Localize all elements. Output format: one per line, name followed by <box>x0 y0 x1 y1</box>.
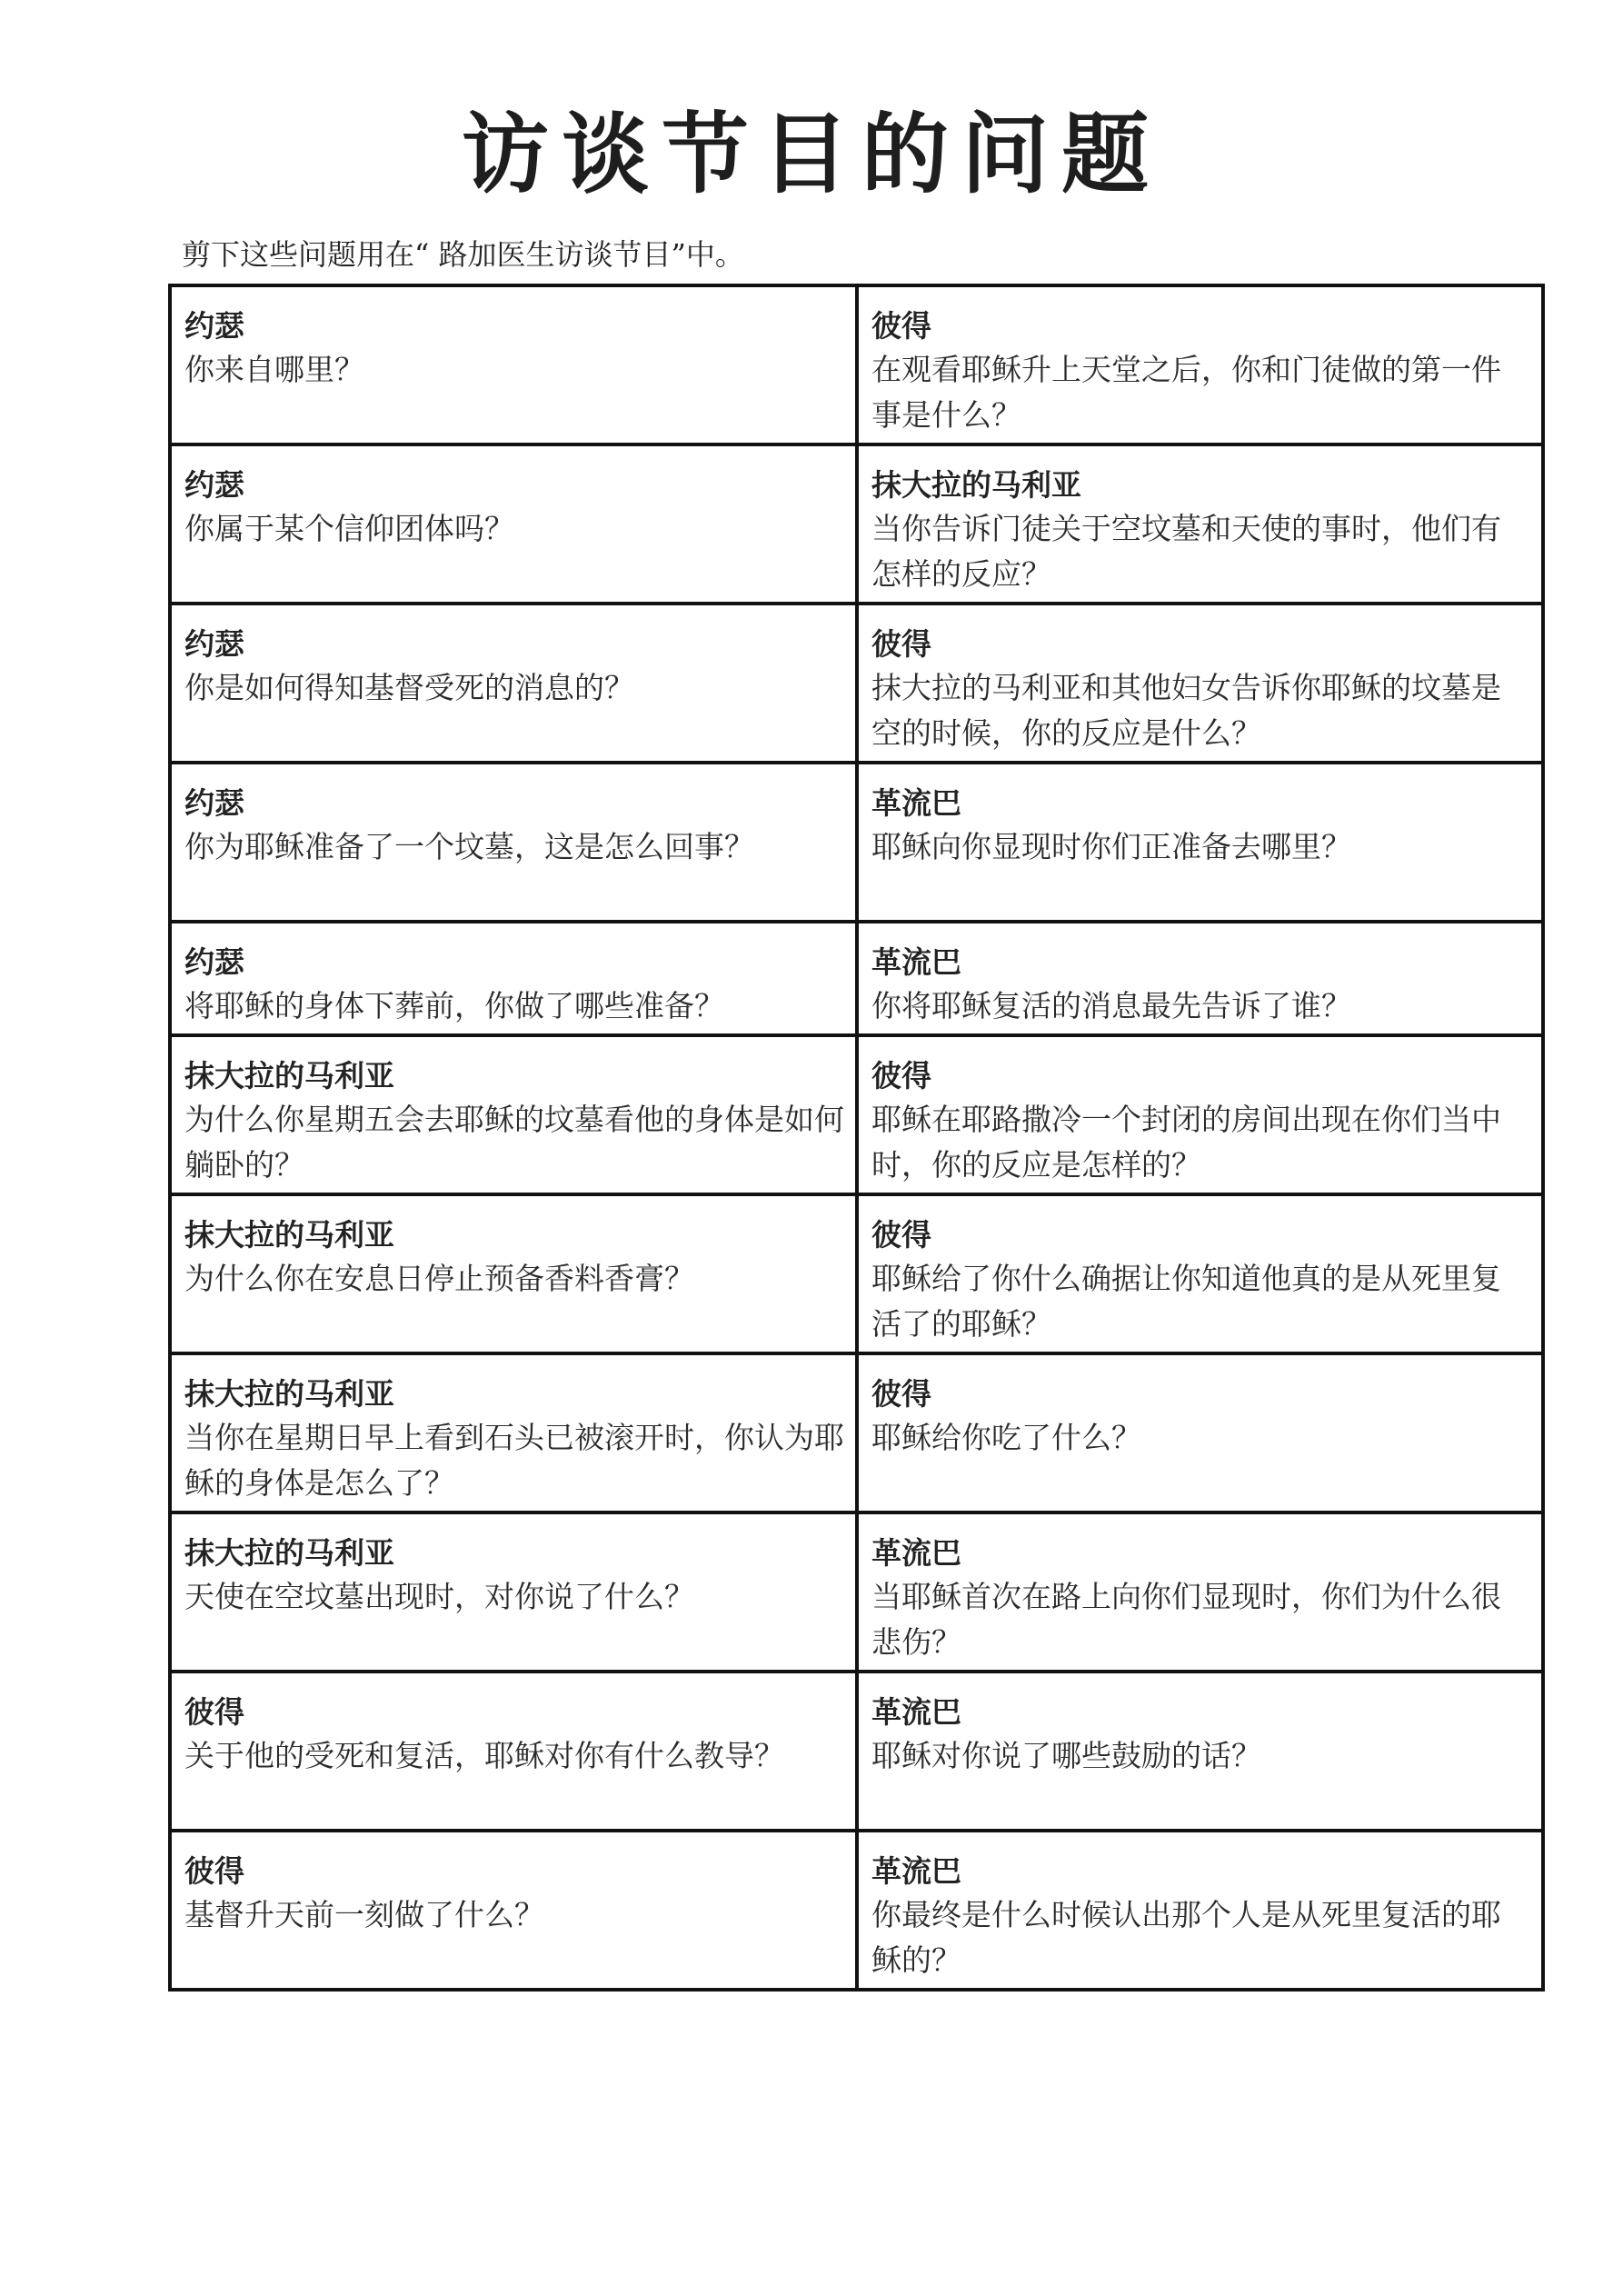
question-card: 彼得 基督升天前一刻做了什么？ <box>170 1831 857 1990</box>
question-card: 约瑟 你属于某个信仰团体吗？ <box>170 444 857 604</box>
question-text: 耶稣在耶路撒冷一个封闭的房间出现在你们当中时，你的反应是怎样的？ <box>871 1097 1530 1188</box>
speaker-name: 彼得 <box>871 1055 1530 1097</box>
question-card: 革流巴 耶稣对你说了哪些鼓励的话？ <box>857 1672 1543 1831</box>
page-title: 访谈节目的问题 <box>0 100 1623 209</box>
question-text: 当耶稣首次在路上向你们显现时，你们为什么很悲伤？ <box>871 1574 1530 1665</box>
question-text: 耶稣对你说了哪些鼓励的话？ <box>871 1733 1530 1779</box>
question-card: 抹大拉的马利亚 为什么你星期五会去耶稣的坟墓看他的身体是如何躺卧的？ <box>170 1035 857 1194</box>
speaker-name: 革流巴 <box>871 783 1530 824</box>
table-row: 约瑟 你属于某个信仰团体吗？ 抹大拉的马利亚 当你告诉门徒关于空坟墓和天使的事时… <box>170 444 1543 604</box>
question-card: 彼得 耶稣给了你什么确据让你知道他真的是从死里复活了的耶稣？ <box>857 1194 1543 1353</box>
question-card: 抹大拉的马利亚 为什么你在安息日停止预备香料香膏？ <box>170 1194 857 1353</box>
question-text: 你将耶稣复活的消息最先告诉了谁？ <box>871 983 1530 1029</box>
question-card: 彼得 耶稣在耶路撒冷一个封闭的房间出现在你们当中时，你的反应是怎样的？ <box>857 1035 1543 1194</box>
question-card: 彼得 在观看耶稣升上天堂之后，你和门徒做的第一件事是什么？ <box>857 285 1543 444</box>
speaker-name: 革流巴 <box>871 1692 1530 1733</box>
question-cards-table: 约瑟 你来自哪里？ 彼得 在观看耶稣升上天堂之后，你和门徒做的第一件事是什么？ … <box>168 284 1545 1992</box>
question-text: 在观看耶稣升上天堂之后，你和门徒做的第一件事是什么？ <box>871 347 1530 438</box>
speaker-name: 约瑟 <box>184 942 844 983</box>
speaker-name: 约瑟 <box>184 305 844 347</box>
question-text: 基督升天前一刻做了什么？ <box>184 1892 844 1938</box>
question-card: 彼得 抹大拉的马利亚和其他妇女告诉你耶稣的坟墓是空的时候，你的反应是什么？ <box>857 604 1543 763</box>
speaker-name: 约瑟 <box>184 464 844 506</box>
speaker-name: 约瑟 <box>184 624 844 665</box>
intro-instruction: 剪下这些问题用在“ 路加医生访谈节目”中。 <box>182 235 744 275</box>
question-text: 你来自哪里？ <box>184 347 844 393</box>
table-row: 抹大拉的马利亚 天使在空坟墓出现时，对你说了什么？ 革流巴 当耶稣首次在路上向你… <box>170 1512 1543 1672</box>
question-text: 你为耶稣准备了一个坟墓，这是怎么回事？ <box>184 824 844 870</box>
question-card: 抹大拉的马利亚 天使在空坟墓出现时，对你说了什么？ <box>170 1512 857 1672</box>
question-card: 约瑟 你是如何得知基督受死的消息的？ <box>170 604 857 763</box>
speaker-name: 彼得 <box>871 1373 1530 1415</box>
question-text: 你最终是什么时候认出那个人是从死里复活的耶稣的？ <box>871 1892 1530 1983</box>
speaker-name: 约瑟 <box>184 783 844 824</box>
speaker-name: 抹大拉的马利亚 <box>184 1532 844 1574</box>
speaker-name: 彼得 <box>184 1851 844 1892</box>
question-text: 耶稣给你吃了什么？ <box>871 1415 1530 1461</box>
question-card: 约瑟 你来自哪里？ <box>170 285 857 444</box>
question-card: 彼得 耶稣给你吃了什么？ <box>857 1353 1543 1512</box>
question-text: 当你在星期日早上看到石头已被滚开时，你认为耶稣的身体是怎么了？ <box>184 1415 844 1506</box>
speaker-name: 革流巴 <box>871 1532 1530 1574</box>
question-card: 革流巴 耶稣向你显现时你们正准备去哪里？ <box>857 763 1543 922</box>
speaker-name: 彼得 <box>871 1214 1530 1256</box>
question-card: 约瑟 将耶稣的身体下葬前，你做了哪些准备？ <box>170 922 857 1035</box>
question-text: 耶稣向你显现时你们正准备去哪里？ <box>871 824 1530 870</box>
question-text: 为什么你在安息日停止预备香料香膏？ <box>184 1256 844 1302</box>
table-row: 抹大拉的马利亚 为什么你星期五会去耶稣的坟墓看他的身体是如何躺卧的？ 彼得 耶稣… <box>170 1035 1543 1194</box>
speaker-name: 抹大拉的马利亚 <box>184 1373 844 1415</box>
table-row: 约瑟 你来自哪里？ 彼得 在观看耶稣升上天堂之后，你和门徒做的第一件事是什么？ <box>170 285 1543 444</box>
speaker-name: 革流巴 <box>871 1851 1530 1892</box>
question-text: 你是如何得知基督受死的消息的？ <box>184 665 844 711</box>
table-row: 抹大拉的马利亚 当你在星期日早上看到石头已被滚开时，你认为耶稣的身体是怎么了？ … <box>170 1353 1543 1512</box>
speaker-name: 彼得 <box>871 305 1530 347</box>
speaker-name: 抹大拉的马利亚 <box>184 1055 844 1097</box>
table-row: 约瑟 你为耶稣准备了一个坟墓，这是怎么回事？ 革流巴 耶稣向你显现时你们正准备去… <box>170 763 1543 922</box>
table-row: 彼得 基督升天前一刻做了什么？ 革流巴 你最终是什么时候认出那个人是从死里复活的… <box>170 1831 1543 1990</box>
question-text: 抹大拉的马利亚和其他妇女告诉你耶稣的坟墓是空的时候，你的反应是什么？ <box>871 665 1530 756</box>
question-text: 关于他的受死和复活，耶稣对你有什么教导？ <box>184 1733 844 1779</box>
question-text: 你属于某个信仰团体吗？ <box>184 506 844 552</box>
table-row: 约瑟 将耶稣的身体下葬前，你做了哪些准备？ 革流巴 你将耶稣复活的消息最先告诉了… <box>170 922 1543 1035</box>
speaker-name: 抹大拉的马利亚 <box>184 1214 844 1256</box>
speaker-name: 彼得 <box>871 624 1530 665</box>
table-row: 彼得 关于他的受死和复活，耶稣对你有什么教导？ 革流巴 耶稣对你说了哪些鼓励的话… <box>170 1672 1543 1831</box>
question-card: 革流巴 你将耶稣复活的消息最先告诉了谁？ <box>857 922 1543 1035</box>
table-row: 约瑟 你是如何得知基督受死的消息的？ 彼得 抹大拉的马利亚和其他妇女告诉你耶稣的… <box>170 604 1543 763</box>
question-card: 彼得 关于他的受死和复活，耶稣对你有什么教导？ <box>170 1672 857 1831</box>
question-text: 为什么你星期五会去耶稣的坟墓看他的身体是如何躺卧的？ <box>184 1097 844 1188</box>
question-card: 约瑟 你为耶稣准备了一个坟墓，这是怎么回事？ <box>170 763 857 922</box>
question-text: 当你告诉门徒关于空坟墓和天使的事时，他们有怎样的反应？ <box>871 506 1530 597</box>
speaker-name: 彼得 <box>184 1692 844 1733</box>
question-card: 抹大拉的马利亚 当你告诉门徒关于空坟墓和天使的事时，他们有怎样的反应？ <box>857 444 1543 604</box>
question-text: 耶稣给了你什么确据让你知道他真的是从死里复活了的耶稣？ <box>871 1256 1530 1347</box>
question-text: 天使在空坟墓出现时，对你说了什么？ <box>184 1574 844 1620</box>
question-text: 将耶稣的身体下葬前，你做了哪些准备？ <box>184 983 844 1029</box>
table-row: 抹大拉的马利亚 为什么你在安息日停止预备香料香膏？ 彼得 耶稣给了你什么确据让你… <box>170 1194 1543 1353</box>
question-card: 革流巴 当耶稣首次在路上向你们显现时，你们为什么很悲伤？ <box>857 1512 1543 1672</box>
question-card: 革流巴 你最终是什么时候认出那个人是从死里复活的耶稣的？ <box>857 1831 1543 1990</box>
question-card: 抹大拉的马利亚 当你在星期日早上看到石头已被滚开时，你认为耶稣的身体是怎么了？ <box>170 1353 857 1512</box>
speaker-name: 抹大拉的马利亚 <box>871 464 1530 506</box>
speaker-name: 革流巴 <box>871 942 1530 983</box>
